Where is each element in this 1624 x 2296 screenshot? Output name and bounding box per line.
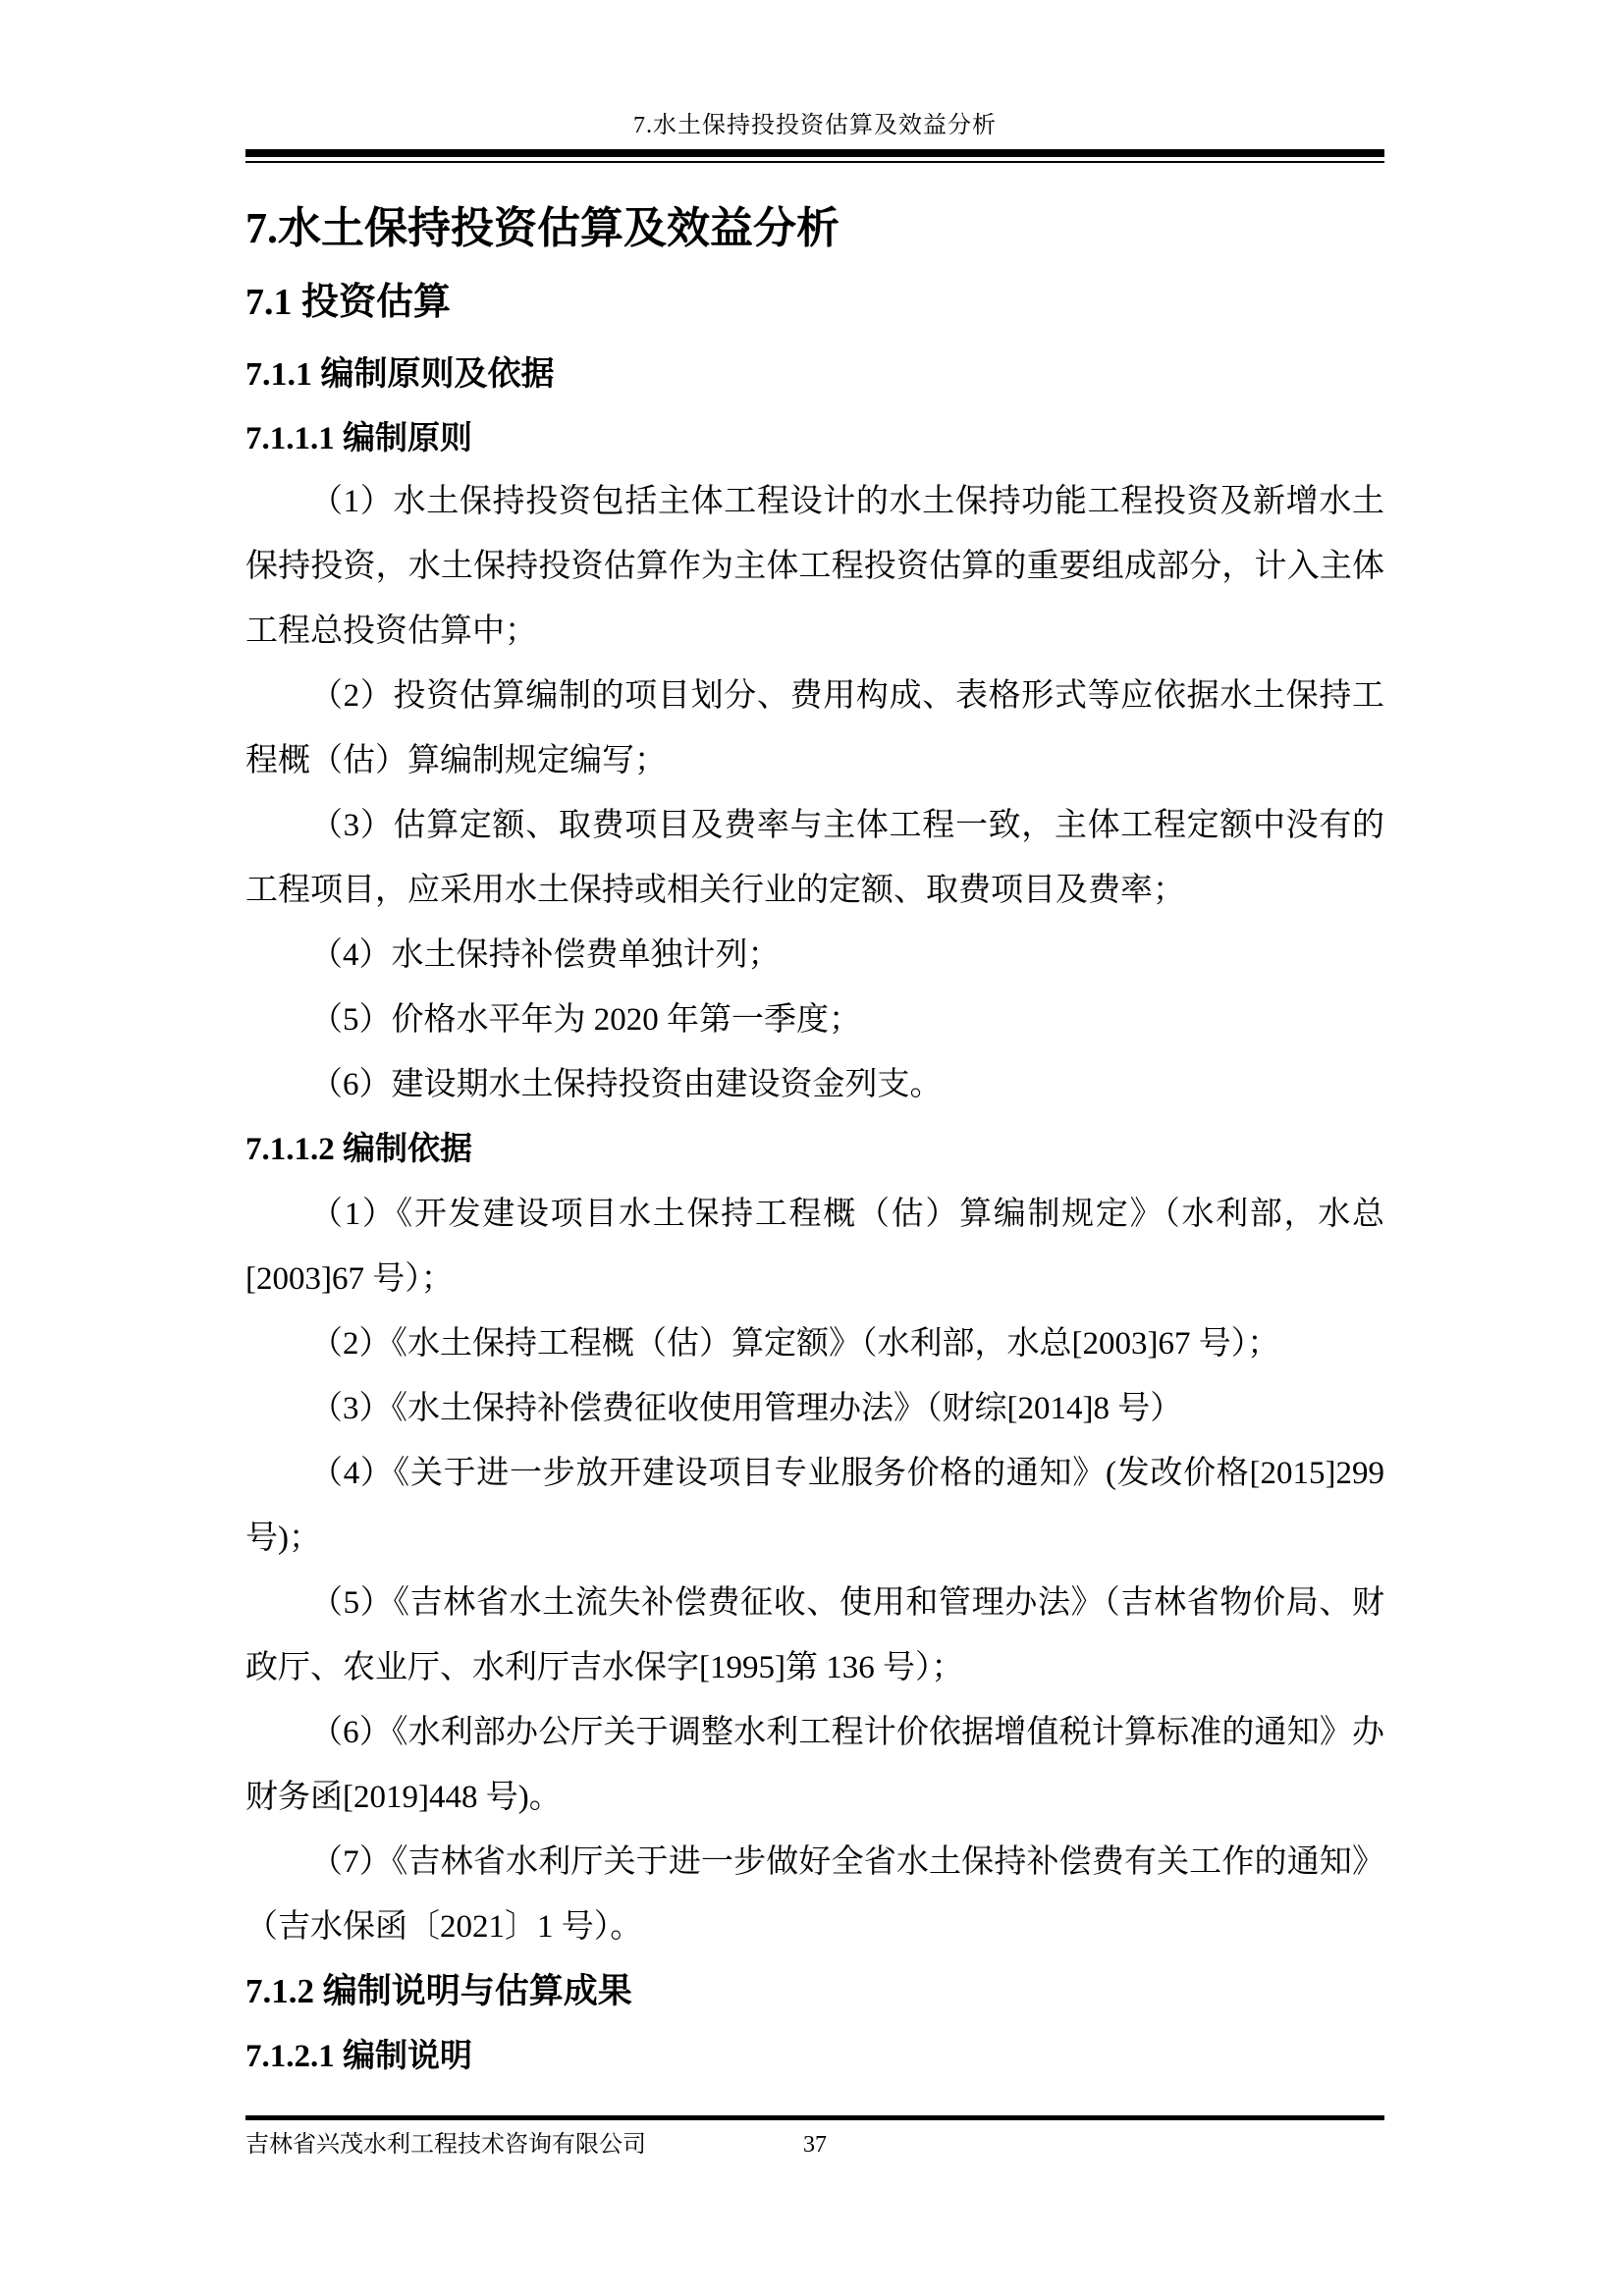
basis-paragraph-7: （7）《吉林省水利厅关于进一步做好全省水土保持补偿费有关工作的通知》（吉水保函〔… (245, 1830, 1384, 1959)
subsection-title-7-1-1: 7.1.1 编制原则及依据 (245, 355, 1384, 395)
subsection-title-7-1-2-1: 7.1.2.1 编制说明 (245, 2024, 1384, 2089)
chapter-title: 7.水土保持投资估算及效益分析 (245, 204, 1384, 253)
footer-row: 吉林省兴茂水利工程技术咨询有限公司 37 (245, 2120, 1384, 2160)
principle-paragraph-5: （5）价格水平年为 2020 年第一季度； (245, 988, 1384, 1052)
subsection-title-7-1-2: 7.1.2 编制说明与估算成果 (245, 1959, 1384, 2024)
principle-paragraph-3: （3）估算定额、取费项目及费率与主体工程一致，主体工程定额中没有的工程项目，应采… (245, 793, 1384, 923)
basis-paragraph-3: （3）《水土保持补偿费征收使用管理办法》（财综[2014]8 号） (245, 1376, 1384, 1441)
principle-paragraph-2: （2）投资估算编制的项目划分、费用构成、表格形式等应依据水土保持工程概（估）算编… (245, 664, 1384, 793)
document-page: 7.水土保持投投资估算及效益分析 7.水土保持投资估算及效益分析 7.1 投资估… (0, 0, 1624, 2296)
basis-paragraph-1: （1）《开发建设项目水土保持工程概（估）算编制规定》（水利部，水总[2003]6… (245, 1182, 1384, 1311)
basis-paragraph-6: （6）《水利部办公厅关于调整水利工程计价依据增值税计算标准的通知》办财务函[20… (245, 1700, 1384, 1830)
principle-paragraph-6: （6）建设期水土保持投资由建设资金列支。 (245, 1052, 1384, 1117)
basis-paragraph-2: （2）《水土保持工程概（估）算定额》（水利部，水总[2003]67 号）； (245, 1311, 1384, 1376)
principle-paragraph-1: （1）水土保持投资包括主体工程设计的水土保持功能工程投资及新增水土保持投资，水土… (245, 469, 1384, 664)
running-header-title: 7.水土保持投投资估算及效益分析 (245, 110, 1384, 141)
document-body: 7.水土保持投资估算及效益分析 7.1 投资估算 7.1.1 编制原则及依据 7… (245, 165, 1384, 2089)
page-number: 37 (245, 2130, 1384, 2160)
page-header: 7.水土保持投投资估算及效益分析 (245, 0, 1384, 163)
header-rule-thick-line (245, 149, 1384, 157)
principle-paragraph-4: （4）水土保持补偿费单独计列； (245, 923, 1384, 988)
header-rule-thin-line (245, 161, 1384, 163)
header-rule (245, 149, 1384, 163)
subsection-title-7-1-1-2: 7.1.1.2 编制依据 (245, 1117, 1384, 1182)
basis-paragraph-5: （5）《吉林省水土流失补偿费征收、使用和管理办法》（吉林省物价局、财政厅、农业厅… (245, 1571, 1384, 1700)
basis-paragraph-4: （4）《关于进一步放开建设项目专业服务价格的通知》(发改价格[2015]299 … (245, 1441, 1384, 1571)
page-footer: 吉林省兴茂水利工程技术咨询有限公司 37 (245, 2115, 1384, 2160)
subsection-title-7-1-1-1: 7.1.1.1 编制原则 (245, 420, 1384, 457)
section-title-7-1: 7.1 投资估算 (245, 281, 1384, 324)
